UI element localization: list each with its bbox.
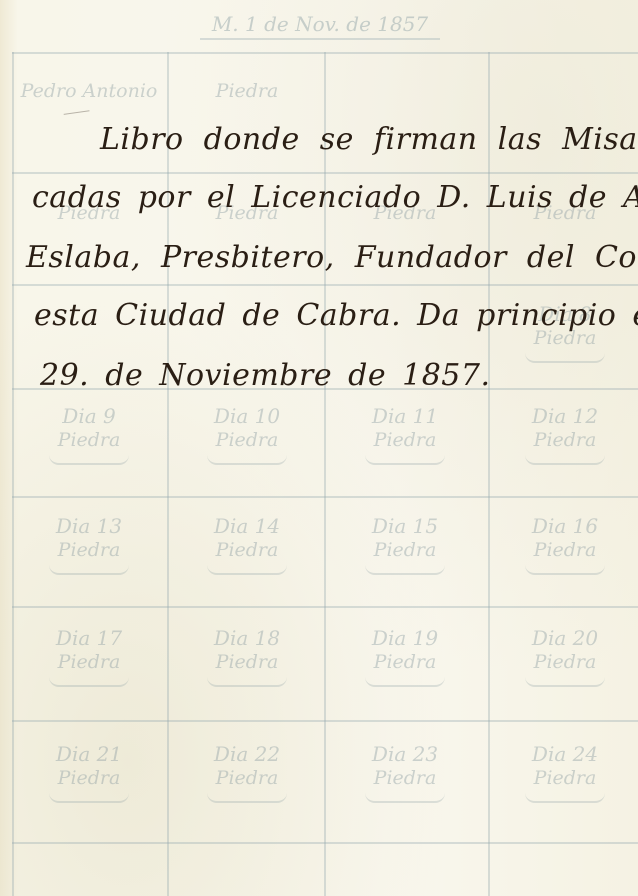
ghost-cell: Dia 12Piedra bbox=[490, 404, 638, 465]
grid-line bbox=[324, 52, 326, 896]
ghost-cell: Dia 14Piedra bbox=[172, 514, 322, 575]
ghost-cell: Dia 17Piedra bbox=[14, 626, 164, 687]
ghost-cell: Dia 23Piedra bbox=[330, 742, 480, 803]
text-line-5: 29. de Noviembre de 1857. bbox=[40, 358, 491, 393]
ghost-cell: Dia 20Piedra bbox=[490, 626, 638, 687]
grid-line bbox=[167, 52, 169, 896]
bleed-through-grid: Pedro Antonio Piedra Piedra Piedra Piedr… bbox=[12, 52, 638, 896]
text-line-4: esta Ciudad de Cabra. Da principio en bbox=[34, 298, 638, 333]
ghost-cell: Dia 18Piedra bbox=[172, 626, 322, 687]
bleed-through-header: M. 1 de Nov. de 1857 bbox=[200, 12, 440, 40]
manuscript-page: M. 1 de Nov. de 1857 Pedro Antonio Piedr… bbox=[0, 0, 638, 896]
text-line-2: cadas por el Licenciado D. Luis de Aguil… bbox=[32, 180, 638, 215]
text-line-1: Libro donde se firman las Misas apli- bbox=[100, 122, 638, 157]
ghost-cell: Dia 10Piedra bbox=[172, 404, 322, 465]
ghost-cell: Dia 13Piedra bbox=[14, 514, 164, 575]
ghost-cell: Dia 22Piedra bbox=[172, 742, 322, 803]
ghost-cell: Dia 11Piedra bbox=[330, 404, 480, 465]
text-line-3: Eslaba, Presbitero, Fundador del Colegio… bbox=[26, 240, 638, 275]
ghost-cell: Dia 24Piedra bbox=[490, 742, 638, 803]
ghost-cell: Piedra bbox=[172, 80, 322, 104]
ghost-cell: Dia 19Piedra bbox=[330, 626, 480, 687]
ghost-cell: Pedro Antonio bbox=[14, 80, 164, 104]
ghost-cell: Dia 15Piedra bbox=[330, 514, 480, 575]
ghost-cell: Dia 21Piedra bbox=[14, 742, 164, 803]
ghost-cell: Dia 9Piedra bbox=[14, 404, 164, 465]
ghost-cell: Dia 16Piedra bbox=[490, 514, 638, 575]
